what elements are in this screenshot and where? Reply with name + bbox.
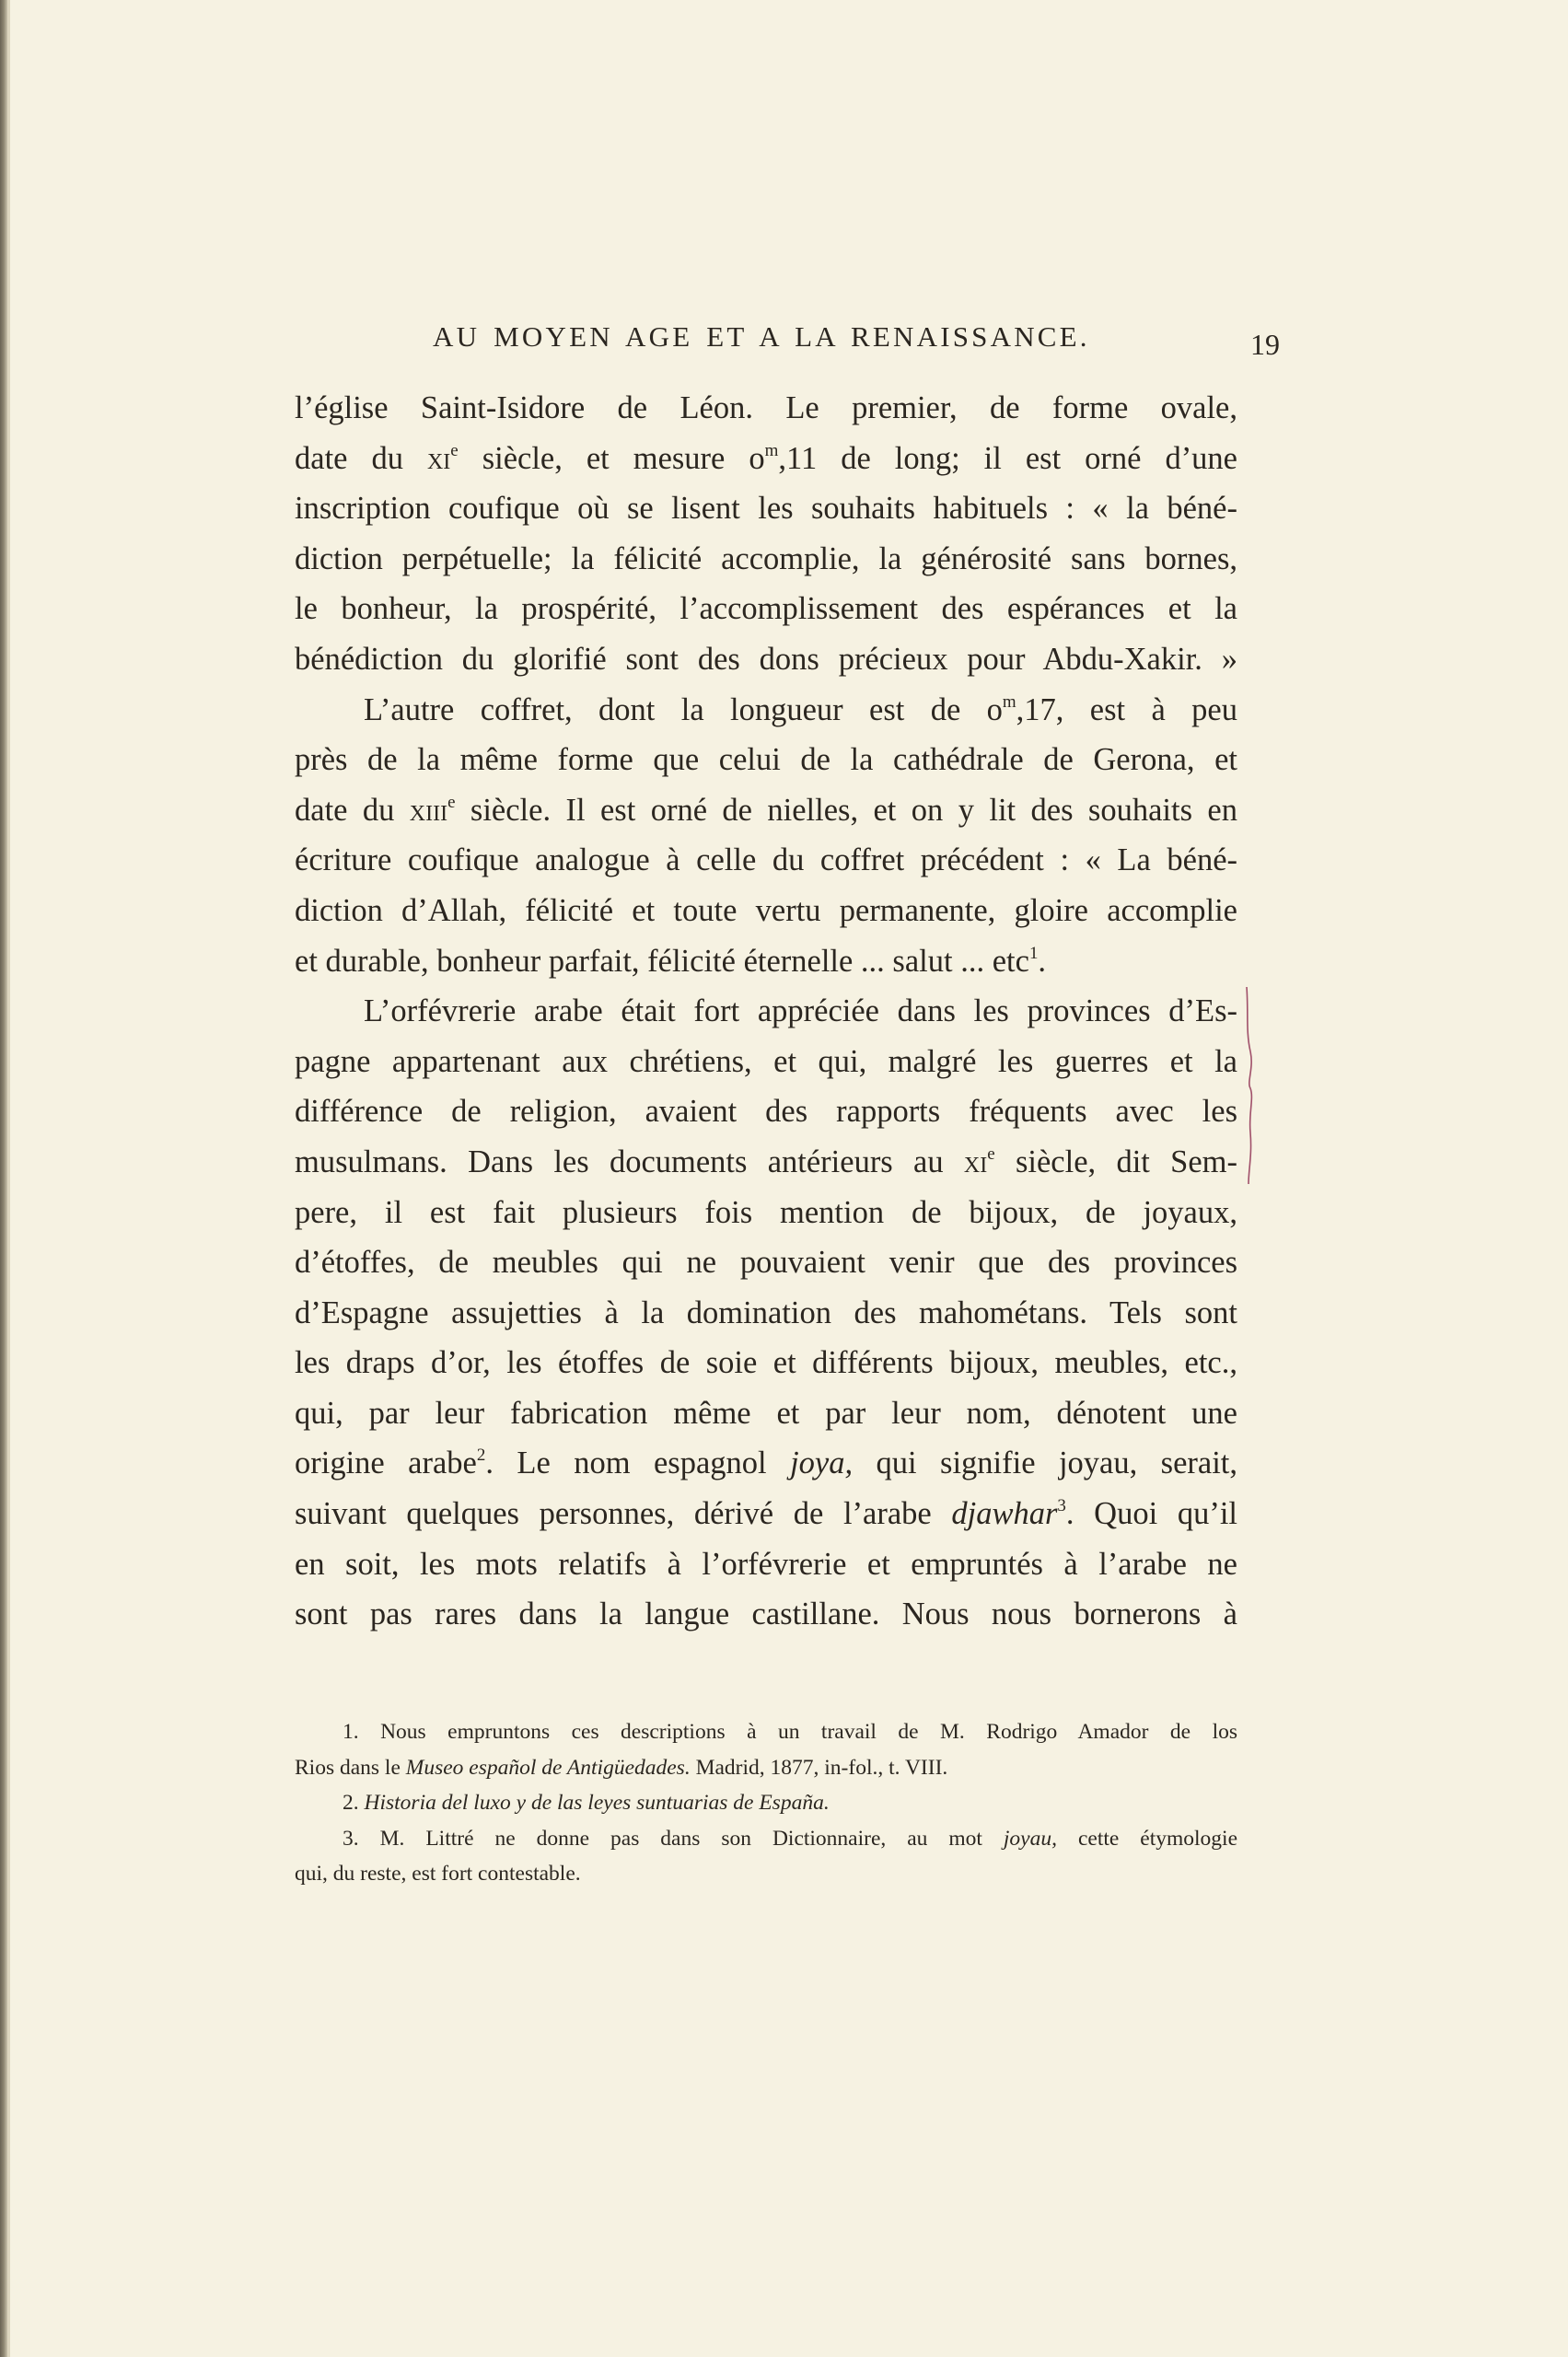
footnote-ref-3[interactable]: 3 bbox=[1057, 1496, 1065, 1515]
text-line: d’Espagne assujetties à la domination de… bbox=[295, 1288, 1237, 1339]
text-line: diction perpétuelle; la félicité accompl… bbox=[295, 534, 1237, 585]
text-line: inscription coufique où se lisent les so… bbox=[295, 483, 1237, 534]
text-line: qui, du reste, est fort contestable. bbox=[295, 1856, 1237, 1892]
text-line: 3. M. Littré ne donne pas dans son Dicti… bbox=[295, 1821, 1237, 1857]
text-line: suivant quelques personnes, dérivé de l’… bbox=[295, 1489, 1237, 1539]
text-line: près de la même forme que celui de la ca… bbox=[295, 735, 1237, 785]
text-line: qui, par leur fabrication même et par le… bbox=[295, 1388, 1237, 1439]
text-line: pere, il est fait plusieurs fois mention… bbox=[295, 1188, 1237, 1238]
text-line: écriture coufique analogue à celle du co… bbox=[295, 835, 1237, 886]
paragraph-1: l’église Saint-Isidore de Léon. Le premi… bbox=[295, 383, 1237, 685]
footnote-3: 3. M. Littré ne donne pas dans son Dicti… bbox=[295, 1821, 1237, 1892]
footnote-ref-2[interactable]: 2 bbox=[477, 1446, 485, 1465]
text-line: d’étoffes, de meubles qui ne pouvaient v… bbox=[295, 1237, 1237, 1288]
text-line: origine arabe2. Le nom espagnol joya, qu… bbox=[295, 1438, 1237, 1489]
text-line: 2. Historia del luxo y de las leyes sunt… bbox=[295, 1785, 1237, 1821]
footnote-ref-1[interactable]: 1 bbox=[1029, 943, 1038, 962]
text-line: musulmans. Dans les documents antérieurs… bbox=[295, 1137, 1237, 1188]
text-line: le bonheur, la prospérité, l’accomplisse… bbox=[295, 584, 1237, 634]
book-gutter-shadow bbox=[0, 0, 7, 2357]
footnote-2: 2. Historia del luxo y de las leyes sunt… bbox=[295, 1785, 1237, 1821]
text-line: 1. Nous empruntons ces descriptions à un… bbox=[295, 1714, 1237, 1750]
text-line: l’église Saint-Isidore de Léon. Le premi… bbox=[295, 383, 1237, 434]
body-text: l’église Saint-Isidore de Léon. Le premi… bbox=[295, 383, 1237, 1640]
footnote-1: 1. Nous empruntons ces descriptions à un… bbox=[295, 1714, 1237, 1785]
text-line: date du xie siècle, et mesure om,11 de l… bbox=[295, 434, 1237, 484]
text-line: et durable, bonheur parfait, félicité ét… bbox=[295, 936, 1237, 987]
text-line: différence de religion, avaient des rapp… bbox=[295, 1086, 1237, 1137]
footnotes: 1. Nous empruntons ces descriptions à un… bbox=[295, 1714, 1237, 1892]
text-line: diction d’Allah, félicité et toute vertu… bbox=[295, 886, 1237, 936]
handwritten-margin-bracket bbox=[1243, 985, 1258, 1186]
text-line: Rios dans le Museo español de Antigüedad… bbox=[295, 1750, 1237, 1786]
text-line: date du xiiie siècle. Il est orné de nie… bbox=[295, 785, 1237, 836]
text-line: les draps d’or, les étoffes de soie et d… bbox=[295, 1338, 1237, 1388]
running-header: AU MOYEN AGE ET A LA RENAISSANCE. 19 bbox=[433, 320, 1261, 361]
running-title: AU MOYEN AGE ET A LA RENAISSANCE. bbox=[433, 320, 1090, 354]
paragraph-2: L’autre coffret, dont la longueur est de… bbox=[295, 685, 1237, 987]
text-line: L’autre coffret, dont la longueur est de… bbox=[295, 685, 1237, 736]
text-line: bénédiction du glorifié sont des dons pr… bbox=[295, 634, 1237, 685]
paragraph-3: L’orfévrerie arabe était fort appréciée … bbox=[295, 986, 1237, 1640]
page-number: 19 bbox=[1250, 328, 1280, 362]
text-line: en soit, les mots relatifs à l’orfévreri… bbox=[295, 1539, 1237, 1590]
text-line: pagne appartenant aux chrétiens, et qui,… bbox=[295, 1037, 1237, 1087]
text-line: sont pas rares dans la langue castillane… bbox=[295, 1589, 1237, 1640]
book-gutter-edge bbox=[7, 0, 10, 2357]
text-line: L’orfévrerie arabe était fort appréciée … bbox=[295, 986, 1237, 1037]
